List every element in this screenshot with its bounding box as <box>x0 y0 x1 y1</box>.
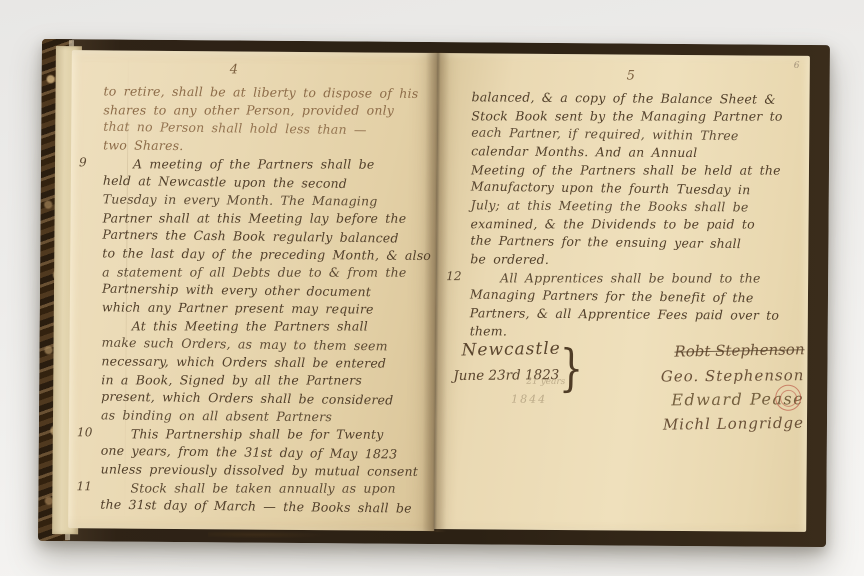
signature: Geo. Stephenson <box>599 366 804 386</box>
manuscript-line-text: Partnership with every other document <box>102 281 371 300</box>
manuscript-line-text: to retire, shall be at liberty to dispos… <box>104 83 419 100</box>
manuscript-line-text: This Partnership shall be for Twenty <box>101 426 384 441</box>
manuscript-line-text: calendar Months. And an Annual <box>471 143 697 160</box>
photo-backdrop: { "colors": { "background": "#efeeec", "… <box>0 0 864 576</box>
manuscript-line-text: two Shares. <box>103 137 183 153</box>
signature: Edward Pease <box>599 389 804 410</box>
signature-block: Robt StephensonGeo. StephensonEdward Pea… <box>599 341 805 434</box>
pencil-note-1844: 1844 <box>511 393 547 406</box>
manuscript-line-text: that no Person shall hold less than — <box>103 119 367 137</box>
manuscript-line-text: Tuesday in every Month. The Managing <box>103 191 378 208</box>
manuscript-line-text: Manufactory upon the fourth Tuesday in <box>471 179 751 198</box>
clause-number: 10 <box>77 425 97 439</box>
corner-pencil-mark: 6 <box>794 61 800 71</box>
manuscript-line-text: Partner shall at this Meeting lay before… <box>103 210 407 225</box>
manuscript-line-text: Meeting of the Partners shall be held at… <box>471 162 781 177</box>
manuscript-line-text: to the last day of the preceding Month, … <box>102 245 431 263</box>
manuscript-line-text: in a Book, Signed by all the Partners <box>101 372 362 387</box>
left-page-number: 4 <box>230 62 238 77</box>
manuscript-line-text: shares to any other Person, provided onl… <box>103 102 394 117</box>
manuscript-line-text: one years, from the 31st day of May 1823 <box>101 443 398 462</box>
manuscript-line-text: as binding on all absent Partners <box>101 407 332 424</box>
manuscript-line-text: Stock shall be taken annually as upon <box>100 480 395 495</box>
manuscript-line-text: which any Partner present may require <box>102 299 374 316</box>
manuscript-line-text: examined, & the Dividends to be paid to <box>471 216 755 231</box>
manuscript-line-text: the Partners for the ensuing year shall <box>470 233 741 252</box>
manuscript-line-text: Stock Book sent by the Managing Partner … <box>471 108 782 123</box>
clause-number: 12 <box>446 269 466 283</box>
clause-number: 11 <box>76 479 96 493</box>
manuscript-line-text: A meeting of the Partners shall be <box>103 156 374 171</box>
manuscript-line-text: them. <box>470 323 507 338</box>
manuscript-line-text: a statement of all Debts due to & from t… <box>102 264 406 279</box>
manuscript-line-text: July; at this Meeting the Books shall be <box>471 197 749 214</box>
closing-brace: } <box>559 339 584 398</box>
book-gutter <box>422 52 450 532</box>
manuscript-line-text: All Apprentices shall be bound to the <box>470 270 761 285</box>
ink-stamp-inner-circle <box>779 388 798 407</box>
clause-number: 9 <box>79 155 99 169</box>
manuscript-line-text: be ordered. <box>470 251 549 267</box>
manuscript-line-text: make such Orders, as may to them seem <box>102 335 388 354</box>
signature: Robt Stephenson <box>599 340 804 362</box>
manuscript-line-text: Partners the Cash Book regularly balance… <box>102 227 398 246</box>
manuscript-line: the 31st day of March — the Books shall … <box>100 497 412 517</box>
signature: Michl Longridge <box>599 414 804 435</box>
closing-place: Newcastle <box>461 339 561 361</box>
manuscript-book: 4 5 6 to retire, shall be at liberty to … <box>38 39 830 547</box>
pencil-note-years: 21 years <box>526 377 565 387</box>
manuscript-line-text: Managing Partners for the benefit of the <box>470 287 754 306</box>
left-page-text: to retire, shall be at liberty to dispos… <box>100 83 415 517</box>
manuscript-line-text: held at Newcastle upon the second <box>103 173 347 191</box>
manuscript-line-text: Partners, & all Apprentice Fees paid ove… <box>470 305 779 322</box>
manuscript-line-text: necessary, which Orders shall be entered <box>101 353 386 370</box>
manuscript-line-text: the 31st day of March — the Books shall … <box>100 497 412 516</box>
right-page-number: 5 <box>627 69 635 84</box>
manuscript-line-text: each Partner, if required, within Three <box>471 125 738 143</box>
manuscript-line-text: At this Meeting the Partners shall <box>102 318 368 333</box>
manuscript-line-text: balanced, & a copy of the Balance Sheet … <box>471 89 775 106</box>
manuscript-line-text: present, which Orders shall be considere… <box>101 389 393 408</box>
right-page-text: balanced, & a copy of the Balance Sheet … <box>470 89 802 344</box>
manuscript-line-text: unless previously dissolved by mutual co… <box>101 461 419 478</box>
